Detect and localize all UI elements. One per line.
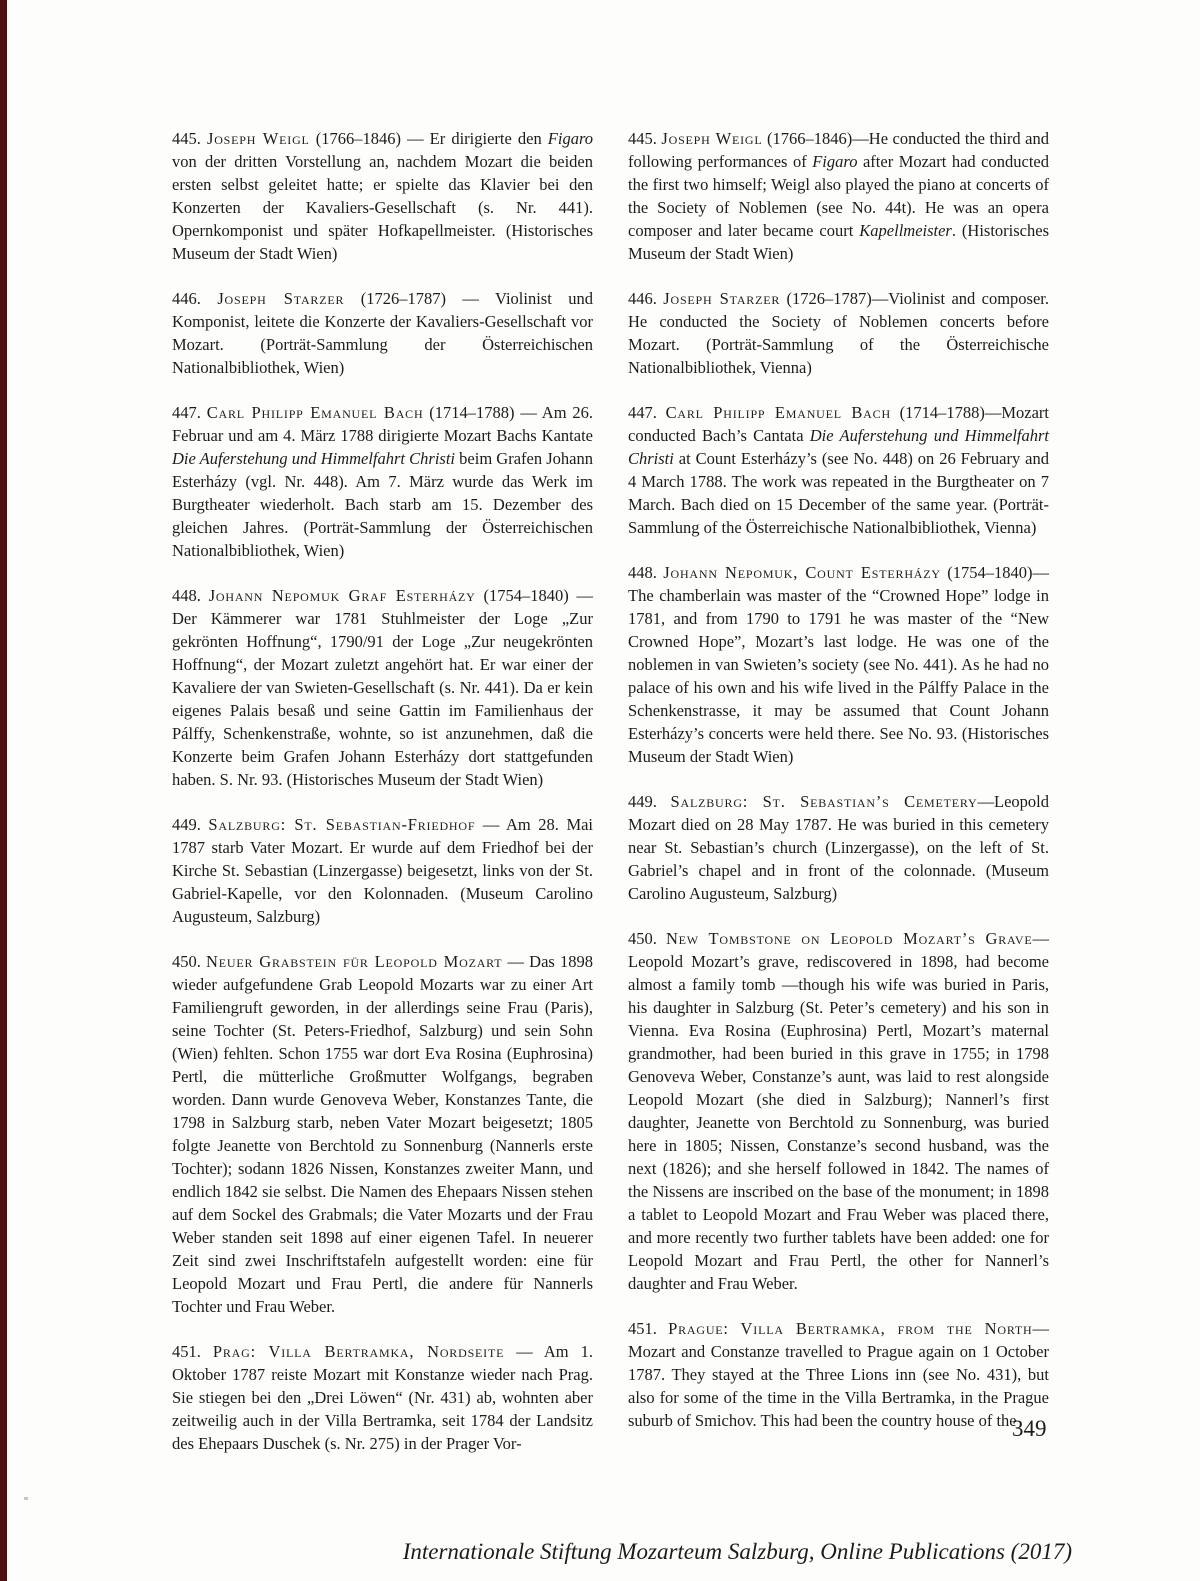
entry-heading: Carl Philipp Emanuel Bach — [666, 403, 891, 422]
entry-number: 446. — [628, 289, 663, 308]
english-column: 445. Joseph Weigl (1766–1846)—He conduct… — [628, 127, 1049, 1455]
page-number: 349 — [1012, 1414, 1047, 1444]
entry-italic: Figaro — [812, 152, 857, 171]
catalog-entry-447-en: 447. Carl Philipp Emanuel Bach (1714–178… — [628, 401, 1049, 539]
catalog-entry-451-de: 451. Prag: Villa Bertramka, Nordseite — … — [172, 1340, 593, 1455]
entry-heading: Joseph Starzer — [217, 289, 344, 308]
entry-number: 450. — [628, 929, 666, 948]
entry-text: von der dritten Vorstellung an, nachdem … — [172, 152, 593, 263]
entry-text: (1754–1840)—The chamberlain was master o… — [628, 563, 1049, 766]
entry-italic: Figaro — [548, 129, 593, 148]
entry-number: 448. — [172, 586, 209, 605]
entry-number: 449. — [628, 792, 671, 811]
catalog-entry-450-en: 450. New Tombstone on Leopold Mozart’s G… — [628, 927, 1049, 1295]
entry-number: 446. — [172, 289, 217, 308]
entry-number: 449. — [172, 815, 208, 834]
catalog-entry-446-de: 446. Joseph Starzer (1726–1787) — Violin… — [172, 287, 593, 379]
entry-number: 447. — [628, 403, 666, 422]
entry-heading: Salzburg: St. Sebastian-Friedhof — [208, 815, 475, 834]
entry-italic: Die Auferstehung und Himmelfahrt Christi — [172, 449, 455, 468]
entry-heading: Joseph Weigl — [207, 129, 310, 148]
entry-heading: Joseph Weigl — [661, 129, 762, 148]
entry-heading: Neuer Grabstein für Leopold Mozart — [206, 952, 502, 971]
catalog-entry-448-en: 448. Johann Nepomuk, Count Esterházy (17… — [628, 561, 1049, 768]
catalog-entry-445-de: 445. Joseph Weigl (1766–1846) — Er dirig… — [172, 127, 593, 265]
scan-edge-strip — [0, 0, 7, 1581]
entry-text: (1754–1840) — Der Kämmerer war 1781 Stuh… — [172, 586, 593, 789]
entry-heading: New Tombstone on Leopold Mozart’s Grave — [666, 929, 1033, 948]
catalog-entry-445-en: 445. Joseph Weigl (1766–1846)—He conduct… — [628, 127, 1049, 265]
entry-number: 447. — [172, 403, 207, 422]
entry-number: 448. — [628, 563, 663, 582]
entry-number: 451. — [628, 1319, 668, 1338]
entry-heading: Salzburg: St. Sebastian’s Cemetery — [671, 792, 978, 811]
catalog-entry-449-de: 449. Salzburg: St. Sebastian-Friedhof — … — [172, 813, 593, 928]
catalog-entry-447-de: 447. Carl Philipp Emanuel Bach (1714–178… — [172, 401, 593, 562]
entry-text: —Leopold Mozart’s grave, rediscovered in… — [628, 929, 1049, 1293]
two-column-text: 445. Joseph Weigl (1766–1846) — Er dirig… — [172, 127, 1049, 1455]
entry-heading: Carl Philipp Emanuel Bach — [207, 403, 424, 422]
book-page: 445. Joseph Weigl (1766–1846) — Er dirig… — [0, 0, 1200, 1581]
german-column: 445. Joseph Weigl (1766–1846) — Er dirig… — [172, 127, 593, 1455]
entry-heading: Johann Nepomuk, Count Esterházy — [663, 563, 941, 582]
entry-number: 451. — [172, 1342, 213, 1361]
entry-heading: Prague: Villa Bertramka, from the North — [668, 1319, 1032, 1338]
catalog-entry-446-en: 446. Joseph Starzer (1726–1787)—Violinis… — [628, 287, 1049, 379]
entry-heading: Joseph Starzer — [663, 289, 780, 308]
entry-italic: Kapellmeister — [859, 221, 952, 240]
entry-text: — Das 1898 wieder aufgefundene Grab Leop… — [172, 952, 593, 1316]
entry-heading: Prag: Villa Bertramka, Nordseite — [213, 1342, 504, 1361]
entry-number: 445. — [172, 129, 207, 148]
entry-number: 445. — [628, 129, 661, 148]
entry-number: 450. — [172, 952, 206, 971]
entry-heading: Johann Nepomuk Graf Esterházy — [209, 586, 476, 605]
entry-text: at Count Esterházy’s (see No. 448) on 26… — [628, 449, 1049, 537]
catalog-entry-448-de: 448. Johann Nepomuk Graf Esterházy (1754… — [172, 584, 593, 791]
scan-speck — [24, 1497, 28, 1500]
entry-text: (1766–1846) — Er dirigierte den — [310, 129, 548, 148]
imprint-footer: Internationale Stiftung Mozarteum Salzbu… — [403, 1537, 1072, 1567]
catalog-entry-450-de: 450. Neuer Grabstein für Leopold Mozart … — [172, 950, 593, 1318]
catalog-entry-449-en: 449. Salzburg: St. Sebastian’s Cemetery—… — [628, 790, 1049, 905]
catalog-entry-451-en: 451. Prague: Villa Bertramka, from the N… — [628, 1317, 1049, 1432]
